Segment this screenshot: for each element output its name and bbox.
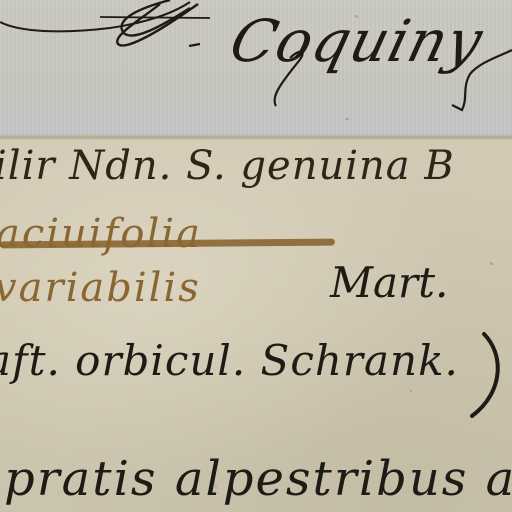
paper-speck [490, 262, 493, 265]
signature-flourish-icon [0, 0, 512, 140]
paper-speck [215, 485, 217, 487]
closing-parenthesis-icon [470, 330, 510, 420]
document-photo: Coquiny ilir Ndn. S. genuina B aciuifoli… [0, 0, 512, 512]
bottom-paper-sheet [0, 138, 512, 512]
paper-speck [410, 390, 412, 392]
